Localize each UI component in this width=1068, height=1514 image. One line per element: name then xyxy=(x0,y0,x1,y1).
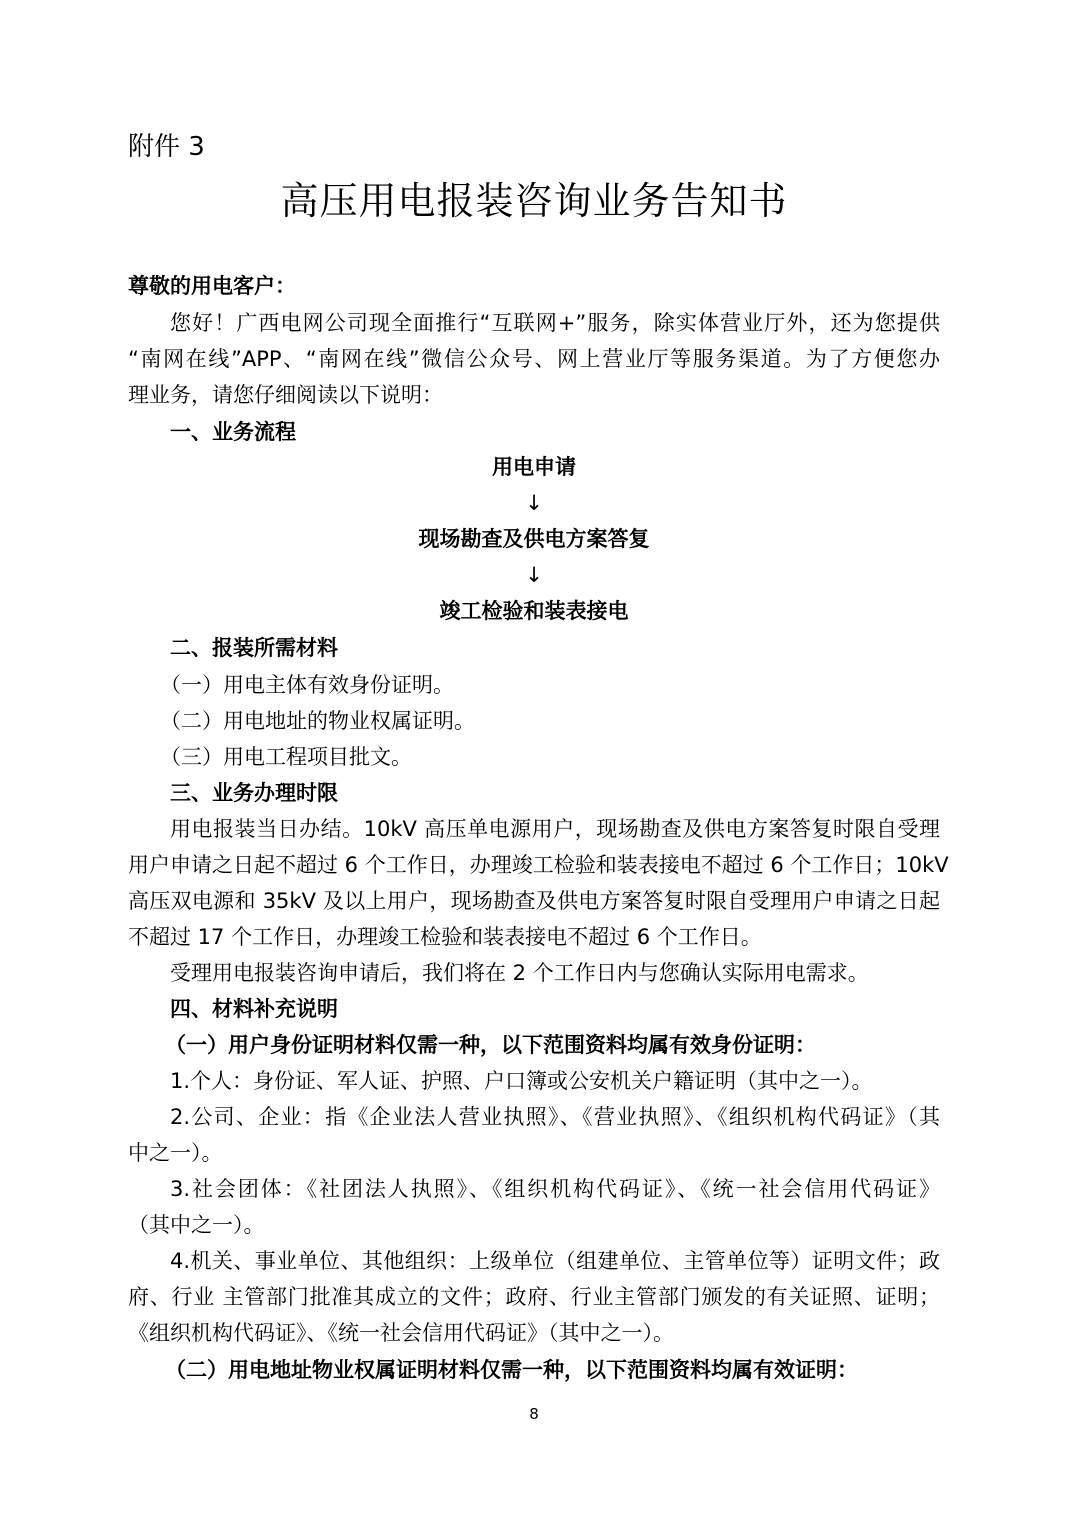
section3-heading: 三、业务办理时限 xyxy=(170,779,338,807)
identity-item-org-2: 府、行业 主管部门批准其成立的文件；政府、行业主管部门颁发的有关证照、证明； xyxy=(128,1283,940,1311)
timelimit-line-3: 高压双电源和 35kV 及以上用户，现场勘查及供电方案答复时限自受理用户申请之日… xyxy=(128,887,940,915)
salutation: 尊敬的用电客户： xyxy=(128,272,296,300)
section2-heading: 二、报装所需材料 xyxy=(170,634,338,662)
intro-line-2: “南网在线”APP、“南网在线”微信公众号、网上营业厅等服务渠道。为了方便您办 xyxy=(128,345,940,373)
page-number: 8 xyxy=(0,1404,1068,1424)
timelimit-line-1: 用电报装当日办结。10kV 高压单电源用户，现场勘查及供电方案答复时限自受理 xyxy=(170,815,940,843)
material-item-1: （一）用电主体有效身份证明。 xyxy=(160,671,454,699)
identity-item-org-1: 4.机关、事业单位、其他组织：上级单位（组建单位、主管单位等）证明文件；政 xyxy=(170,1247,940,1275)
timelimit-line-4: 不超过 17 个工作日，办理竣工检验和装表接电不超过 6 个工作日。 xyxy=(128,923,762,951)
identity-item-society-2: （其中之一）。 xyxy=(128,1211,265,1239)
arrow-down-icon: ↓ xyxy=(0,489,1068,517)
document-title: 高压用电报装咨询业务告知书 xyxy=(0,176,1068,226)
section4-heading: 四、材料补充说明 xyxy=(170,995,338,1023)
arrow-down-icon: ↓ xyxy=(0,561,1068,589)
section1-heading: 一、业务流程 xyxy=(170,418,296,446)
identity-item-company-1: 2.公司、企业：指《企业法人营业执照》、《营业执照》、《组织机构代码证》（其 xyxy=(170,1103,940,1131)
identity-proof-heading: （一）用户身份证明材料仅需一种，以下范围资料均属有效身份证明： xyxy=(165,1031,816,1059)
flow-step-survey: 现场勘查及供电方案答复 xyxy=(0,525,1068,553)
identity-item-org-3: 《组织机构代码证》、《统一社会信用代码证》（其中之一）。 xyxy=(128,1319,674,1347)
material-item-2: （二）用电地址的物业权属证明。 xyxy=(160,707,475,735)
confirm-note: 受理用电报装咨询申请后，我们将在 2 个工作日内与您确认实际用电需求。 xyxy=(170,959,869,987)
identity-item-individual: 1.个人：身份证、军人证、护照、户口簿或公安机关户籍证明（其中之一）。 xyxy=(170,1067,873,1095)
property-proof-heading: （二）用电地址物业权属证明材料仅需一种，以下范围资料均属有效证明： xyxy=(165,1356,858,1384)
intro-line-1: 您好！广西电网公司现全面推行“互联网+”服务，除实体营业厅外，还为您提供 xyxy=(170,309,940,337)
timelimit-line-2: 用户申请之日起不超过 6 个工作日，办理竣工检验和装表接电不超过 6 个工作日；… xyxy=(128,851,940,879)
material-item-3: （三）用电工程项目批文。 xyxy=(160,743,412,771)
intro-line-3: 理业务，请您仔细阅读以下说明： xyxy=(128,381,443,409)
identity-item-company-2: 中之一）。 xyxy=(128,1139,223,1167)
identity-item-society-1: 3.社会团体：《社团法人执照》、《组织机构代码证》、《统一社会信用代码证》 xyxy=(170,1175,940,1203)
flow-step-connect: 竣工检验和装表接电 xyxy=(0,597,1068,625)
flow-step-apply: 用电申请 xyxy=(0,453,1068,481)
attachment-label: 附件 3 xyxy=(128,130,205,164)
